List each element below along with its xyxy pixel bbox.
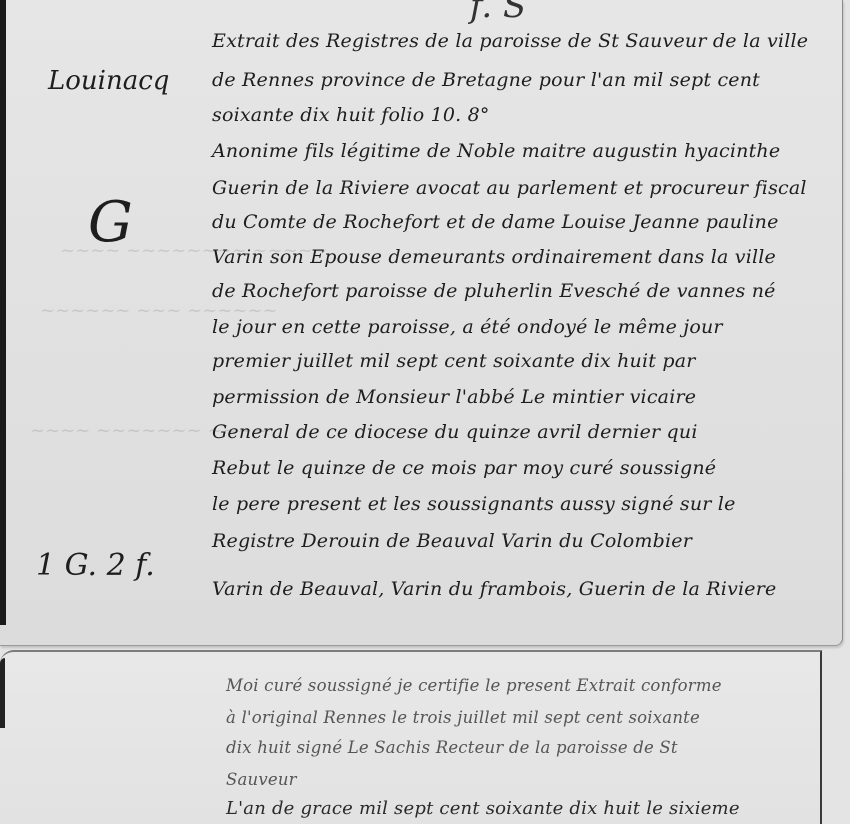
register-line-11: permission de Monsieur l'abbé Le mintier… [212, 386, 696, 408]
register-line-10: premier juillet mil sept cent soixante d… [212, 350, 696, 372]
register-line-13: Rebut le quinze de ce mois par moy curé … [212, 457, 716, 479]
margin-reference: 1 G. 2 f. [36, 548, 155, 583]
register-line-14: le pere present et les soussignants auss… [212, 493, 736, 515]
register-line-8: de Rochefort paroisse de pluherlin Evesc… [212, 280, 776, 302]
register-line-4: Anonime fils légitime de Noble maitre au… [212, 140, 780, 162]
certification-line-2: à l'original Rennes le trois juillet mil… [226, 708, 700, 727]
page-binding-edge [0, 0, 6, 625]
certification-line-3: dix huit signé Le Sachis Recteur de la p… [226, 738, 678, 757]
lower-certification-page: Moi curé soussigné je certifie le presen… [0, 650, 822, 824]
register-line-15: Registre Derouin de Beauval Varin du Col… [212, 530, 692, 552]
register-line-2: de Rennes province de Bretagne pour l'an… [212, 69, 760, 91]
register-line-5: Guerin de la Riviere avocat au parlement… [212, 177, 807, 199]
top-signature-flourish: f. S [470, 0, 526, 26]
margin-folio-letter: G [88, 190, 133, 255]
scanned-document: f. S ~~~~ ~~~~~~~~ ~~~~~ ~~~~~~ ~~~ ~~~~… [0, 0, 850, 824]
upper-register-page: f. S ~~~~ ~~~~~~~~ ~~~~~ ~~~~~~ ~~~ ~~~~… [0, 0, 843, 646]
register-line-6: du Comte de Rochefort et de dame Louise … [212, 211, 779, 233]
margin-name: Louinacq [48, 66, 169, 96]
register-line-16: Varin de Beauval, Varin du frambois, Gue… [212, 578, 776, 600]
certification-line-5: L'an de grace mil sept cent soixante dix… [226, 798, 740, 819]
register-line-12: General de ce diocese du quinze avril de… [212, 421, 698, 443]
register-line-3: soixante dix huit folio 10. 8° [212, 104, 490, 126]
register-line-1: Extrait des Registres de la paroisse de … [212, 30, 808, 52]
register-line-9: le jour en cette paroisse, a été ondoyé … [212, 316, 723, 338]
certification-line-1: Moi curé soussigné je certifie le presen… [226, 676, 722, 695]
page-binding-edge [0, 658, 5, 728]
register-line-7: Varin son Epouse demeurants ordinairemen… [212, 246, 776, 268]
certification-line-4: Sauveur [226, 770, 297, 789]
